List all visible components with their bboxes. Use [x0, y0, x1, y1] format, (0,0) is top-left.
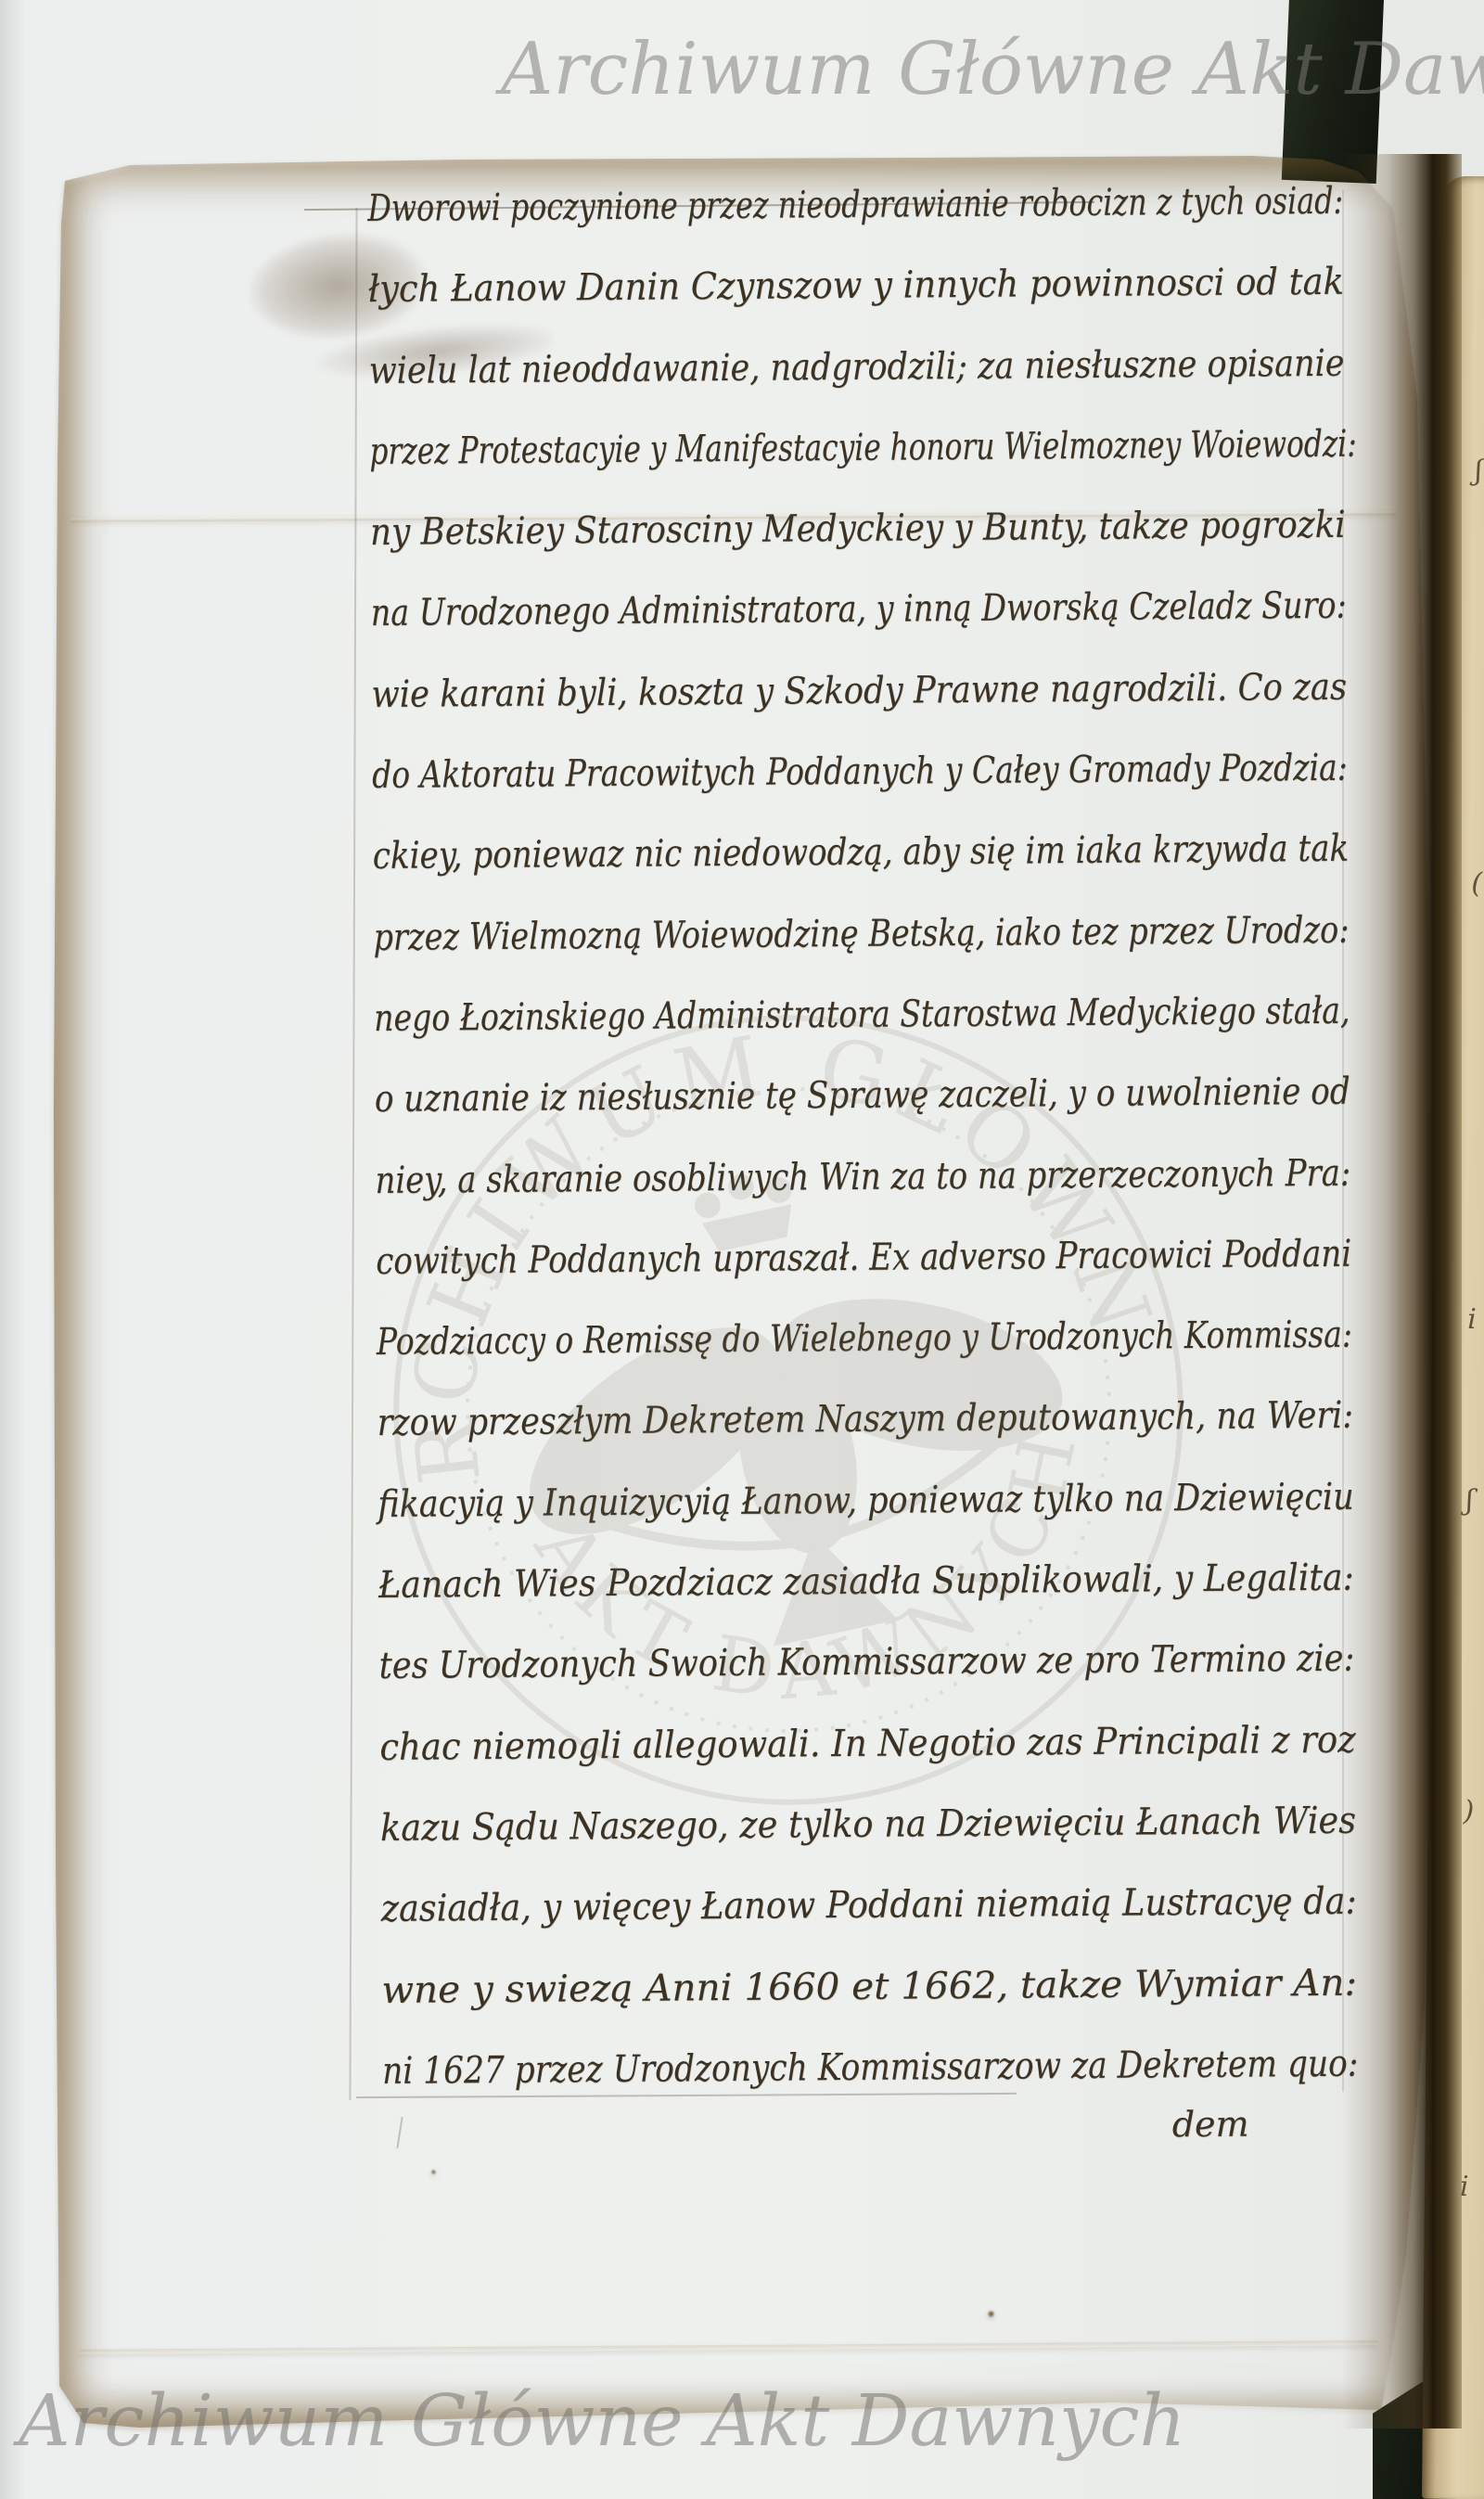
manuscript-line: do Aktoratu Pracowitych Poddanych y Całe… [372, 728, 1349, 817]
manuscript-line: łych Łanow Danin Czynszow y innych powin… [368, 242, 1345, 331]
manuscript-line-text: przez Protestacyie y Manifestacyie honor… [369, 404, 1357, 493]
manuscript-line-text: ny Betskiey Starosciny Medyckiey y Bunty… [370, 485, 1346, 574]
manuscript-line-text: wielu lat nieoddawanie, nadgrodzili; za … [368, 323, 1344, 412]
manuscript-line: wielu lat nieoddawanie, nadgrodzili; za … [368, 323, 1345, 412]
manuscript-line: ny Betskiey Starosciny Medyckiey y Bunty… [370, 485, 1347, 574]
adjacent-page-ink-mark: ) [1463, 1795, 1474, 1827]
manuscript-line-text: wne y swiezą Anni 1660 et 1662, takze Wy… [381, 1942, 1357, 2031]
manuscript-line-text: wie karani byli, koszta y Szkody Prawne … [371, 647, 1347, 737]
manuscript-line-text: łych Łanow Danin Czynszow y innych powin… [368, 242, 1345, 331]
paper-crease-bottom [80, 2340, 1378, 2354]
scanned-document-view: ʃ(iʃ)i Dworowi poczynione przez nieodpra… [0, 0, 1484, 2499]
manuscript-line-text: ckiey, poniewaz nic niedowodzą, aby się … [372, 809, 1349, 898]
manuscript-line-text: Dworowi poczynione przez nieodprawianie … [367, 161, 1343, 250]
manuscript-line-text: ni 1627 przez Urodzonych Kommissarzow za… [382, 2024, 1359, 2113]
manuscript-line: ni 1627 przez Urodzonych Kommissarzow za… [382, 2024, 1359, 2113]
adjacent-page-ink-mark: i [1467, 1303, 1477, 1336]
manuscript-line: Dworowi poczynione przez nieodprawianie … [367, 161, 1344, 250]
paper-speck [430, 2169, 437, 2175]
manuscript-line-text: na Urodzonego Administratora, y inną Dwo… [370, 566, 1347, 655]
manuscript-line-text: do Aktoratu Pracowitych Poddanych y Całe… [372, 728, 1348, 817]
manuscript-line: wne y swiezą Anni 1660 et 1662, takze Wy… [381, 1942, 1358, 2031]
adjacent-page-ink-mark: ʃ [1465, 1484, 1473, 1517]
paper-speck [987, 2310, 995, 2318]
manuscript-line: na Urodzonego Administratora, y inną Dwo… [370, 566, 1347, 655]
manuscript-line: przez Protestacyie y Manifestacyie honor… [369, 404, 1346, 493]
adjacent-page-ink-mark: ( [1471, 867, 1482, 900]
manuscript-line: wie karani byli, koszta y Szkody Prawne … [371, 647, 1348, 737]
adjacent-page-ink-mark: ʃ [1475, 455, 1482, 487]
archive-seal-watermark: ARCHIWUM GŁÓWNE AKT DAWNYCH [280, 902, 1297, 1918]
book-gutter-shadow [1341, 154, 1462, 2429]
manuscript-line: ckiey, poniewaz nic niedowodzą, aby się … [372, 809, 1349, 898]
